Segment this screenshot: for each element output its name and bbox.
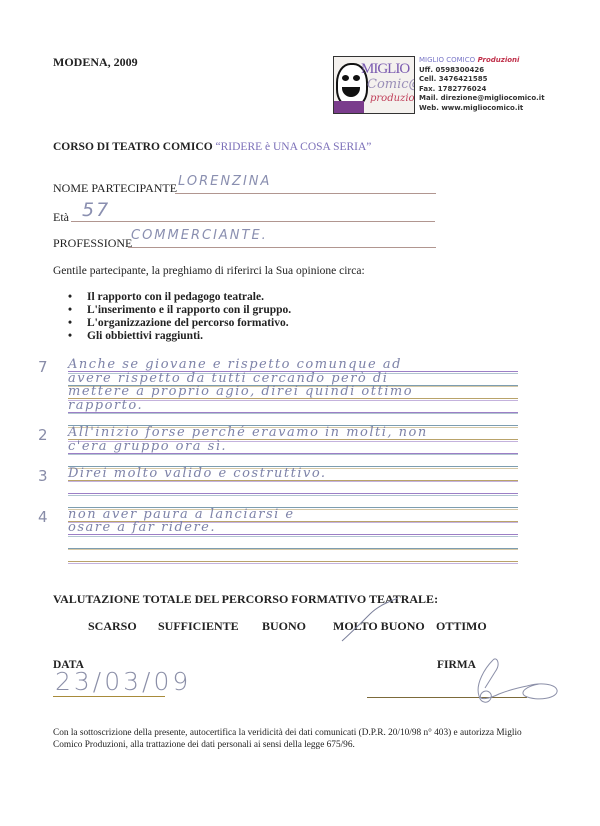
intro-text: Gentile partecipante, la preghiamo di ri… — [53, 265, 365, 277]
selection-check-mark — [340, 598, 400, 642]
handwritten-signature[interactable] — [455, 658, 565, 708]
profession-field[interactable]: COMMERCIANTE. — [131, 228, 268, 243]
rating-option-sufficiente[interactable]: SUFFICIENTE — [158, 619, 239, 634]
contact-web[interactable]: Web. www.migliocomico.it — [419, 104, 545, 114]
topics-list: Il rapporto con il pedagogo teatrale. L'… — [68, 291, 291, 343]
answer-number: 4 — [38, 508, 48, 526]
date-underline — [53, 696, 165, 697]
answer-line: rapporto. — [68, 398, 143, 413]
age-field[interactable]: 57 — [82, 199, 110, 221]
logo-brand-line2: Comic@ — [367, 77, 415, 92]
topic-item: L'organizzazione del percorso formativo. — [68, 317, 291, 330]
company-name: MIGLIO COMICO Produzioni — [419, 56, 545, 66]
rating-option-ottimo[interactable]: OTTIMO — [436, 619, 487, 634]
name-underline — [175, 193, 436, 194]
name-field[interactable]: LORENZINA — [178, 174, 271, 189]
course-name: “RIDERE è UNA COSA SERIA” — [216, 141, 372, 153]
answer-line: Direi molto valido e costruttivo. — [68, 466, 327, 481]
contact-block: MIGLIO COMICO Produzioni Uff. 0598300426… — [419, 56, 545, 113]
profession-underline — [128, 247, 436, 248]
answer-number: 2 — [38, 426, 48, 444]
company-logo: MIGLIO Comic@ produzioni — [333, 56, 415, 114]
profession-label: PROFESSIONE — [53, 236, 132, 251]
course-title: CORSO DI TEATRO COMICO “RIDERE è UNA COS… — [53, 141, 371, 153]
contact-office: Uff. 0598300426 — [419, 66, 545, 76]
answer-line: c'era gruppo ora sì. — [68, 439, 227, 454]
topic-item: Gli obbiettivi raggiunti. — [68, 330, 291, 343]
topic-item: L'inserimento e il rapporto con il grupp… — [68, 304, 291, 317]
topic-item: Il rapporto con il pedagogo teatrale. — [68, 291, 291, 304]
answer-number: 3 — [38, 467, 48, 485]
rating-option-scarso[interactable]: SCARSO — [88, 619, 137, 634]
contact-cell: Cell. 3476421585 — [419, 75, 545, 85]
logo-brand-line1: MIGLIO — [361, 61, 409, 78]
answer-line: osare a far ridere. — [68, 520, 216, 535]
city-year: MODENA, 2009 — [53, 55, 138, 70]
age-underline — [71, 221, 435, 222]
age-label: Età — [53, 210, 69, 225]
rating-option-buono[interactable]: BUONO — [262, 619, 306, 634]
contact-fax: Fax. 1782776024 — [419, 85, 545, 95]
contact-mail[interactable]: Mail. direzione@migliocomico.it — [419, 94, 545, 104]
logo-brand-line3: produzioni — [370, 93, 415, 104]
date-field[interactable]: 23/03/09 — [55, 667, 191, 696]
legal-notice: Con la sottoscrizione della presente, au… — [53, 727, 553, 751]
answer-number: 7 — [38, 358, 48, 376]
answers-area[interactable]: 7Anche se giovane e rispetto comunque ad… — [38, 360, 558, 570]
name-label: NOME PARTECIPANTE — [53, 181, 177, 196]
